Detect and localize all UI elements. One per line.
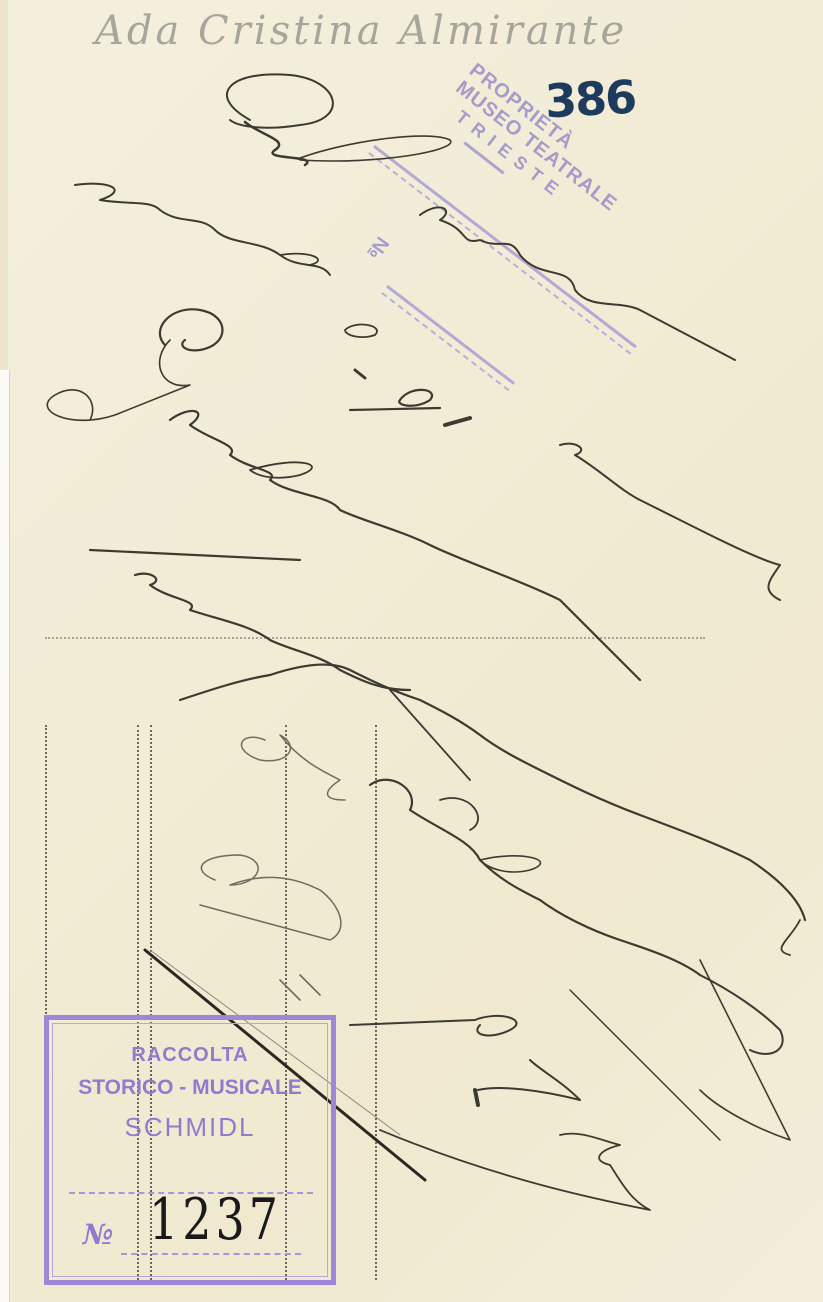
raccolta-schmidl-stamp: RACCOLTA STORICO - MUSICALE SCHMIDL № 12… — [44, 1015, 336, 1285]
stamp-line-schmidl: SCHMIDL — [49, 1112, 331, 1143]
stamp-number-label: № — [83, 1218, 113, 1251]
stamp-line-storico-musicale: STORICO - MUSICALE — [49, 1076, 331, 1100]
stamp-rule-bottom — [121, 1253, 301, 1255]
stamp-line-raccolta: RACCOLTA — [49, 1044, 331, 1067]
collection-number: 1237 — [149, 1185, 282, 1253]
